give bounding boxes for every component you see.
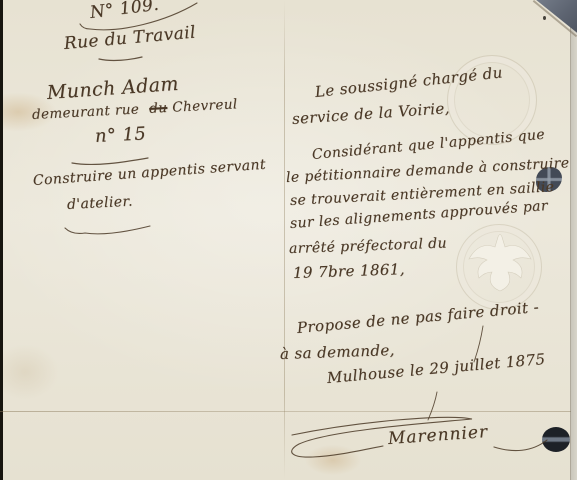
ink-speck	[543, 16, 546, 20]
address-street: Chevreul	[172, 96, 238, 115]
embossed-seal-lower	[456, 224, 542, 310]
petitioner-house-number: n° 15	[94, 123, 146, 147]
imperial-eagle-icon	[457, 225, 541, 309]
paper-right-edge	[570, 0, 577, 480]
punch-hole-bottom	[542, 427, 570, 452]
horizontal-fold-crease	[0, 411, 577, 412]
vertical-fold-crease	[284, 0, 285, 480]
subject-line-2: d'atelier.	[67, 194, 134, 213]
address-struck-word: du	[149, 100, 168, 117]
scanned-document: N° 109. Rue du Travail Munch Adam demeur…	[0, 0, 577, 480]
